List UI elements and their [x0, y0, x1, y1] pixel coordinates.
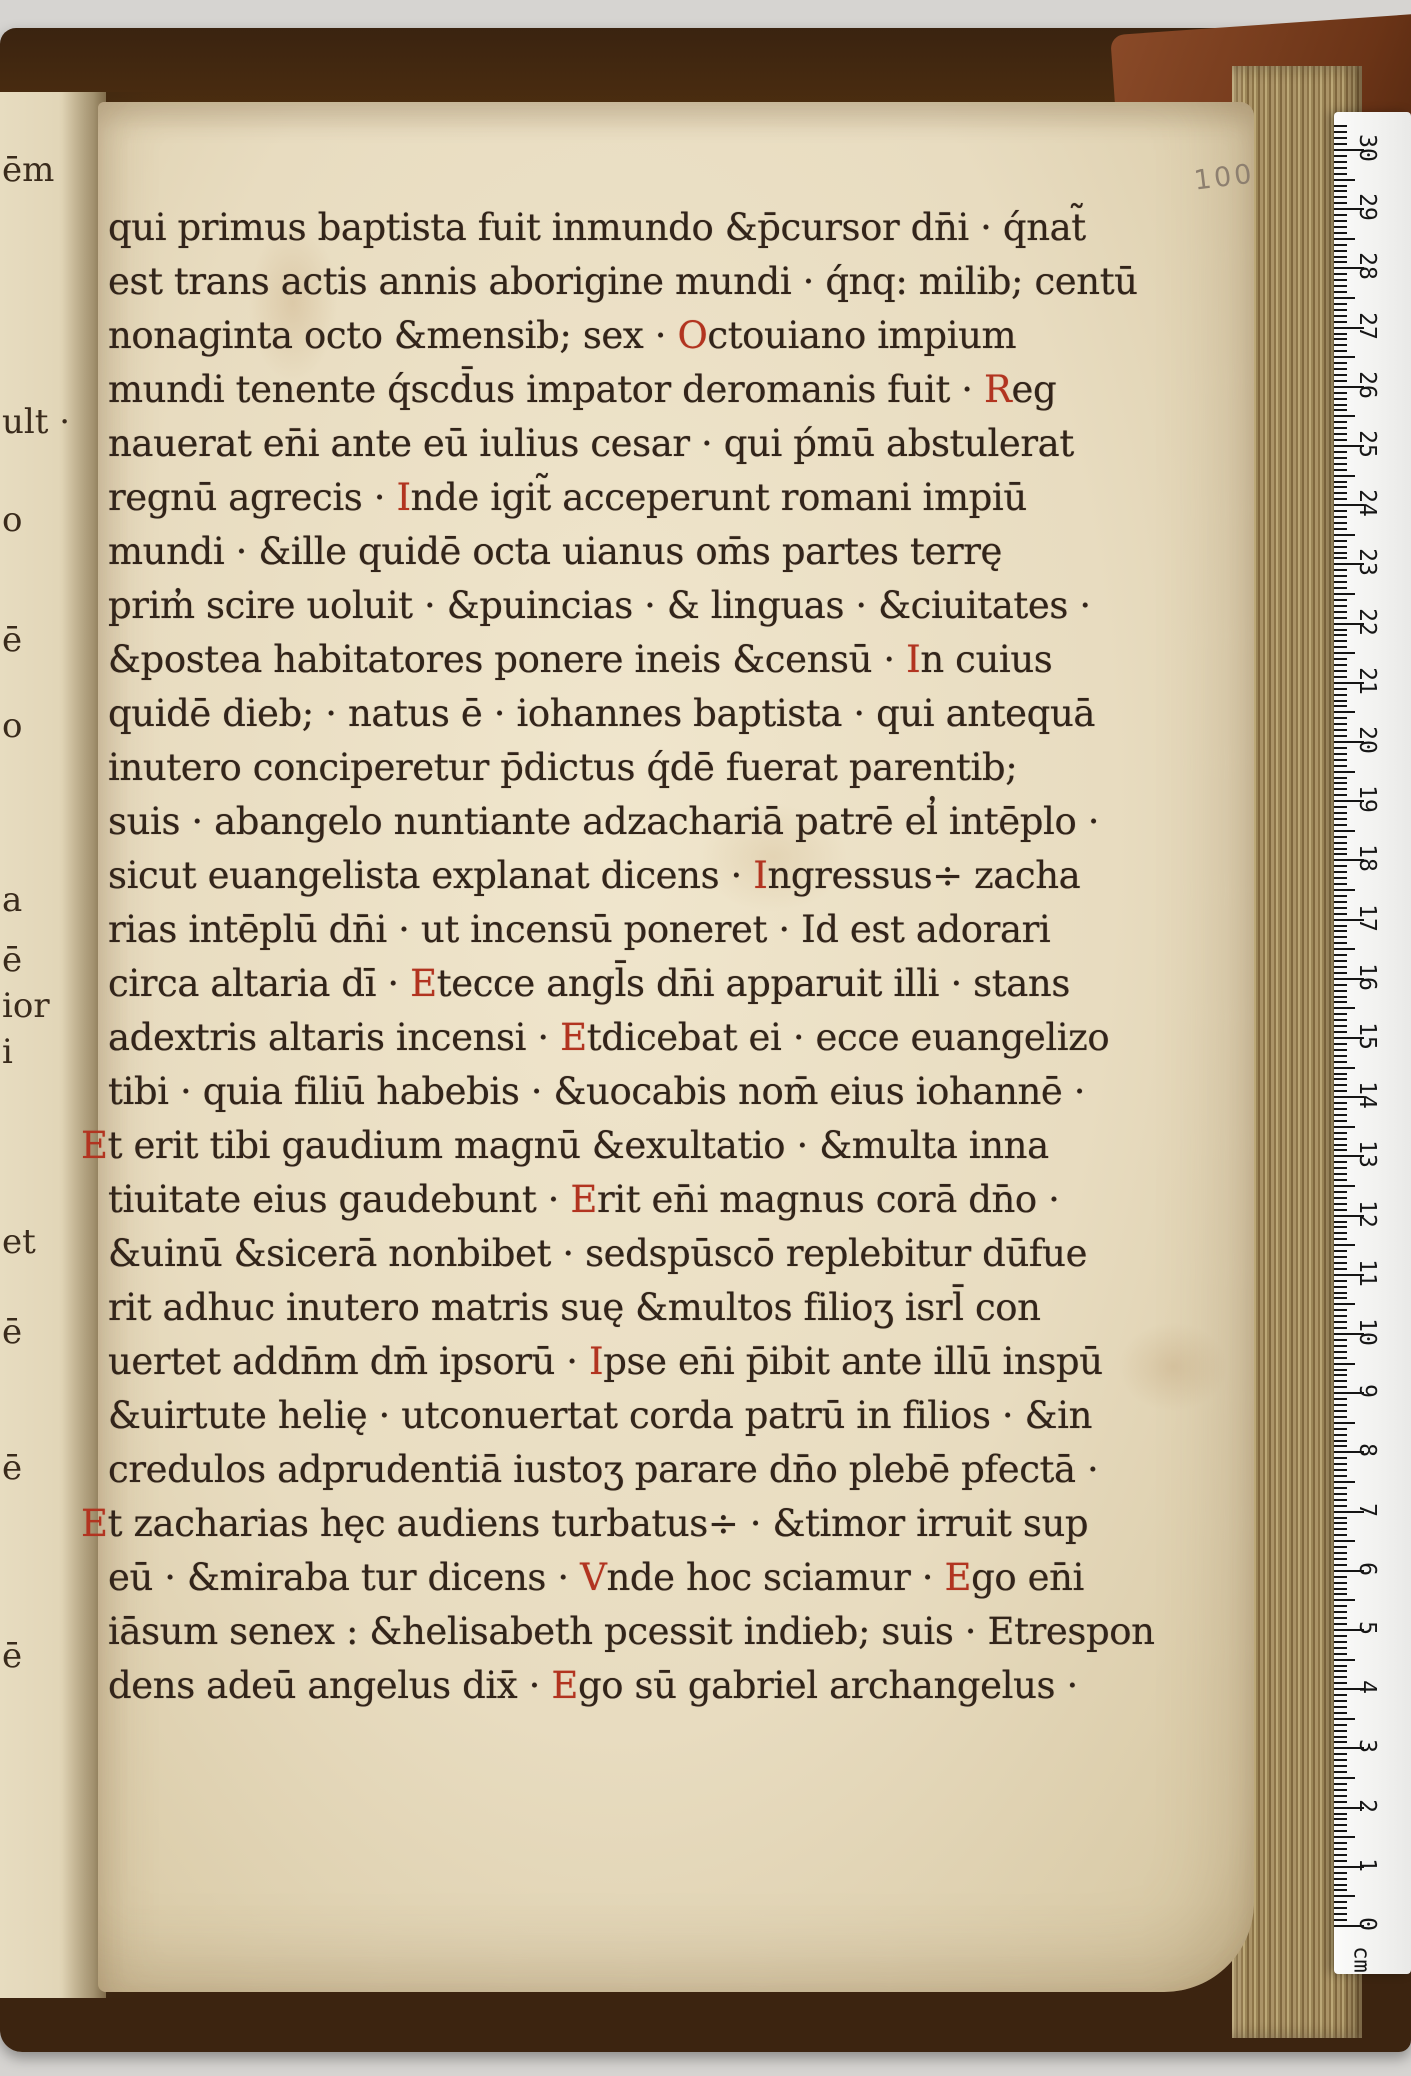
ruler-mm-tick [1334, 1144, 1347, 1146]
ruler-mm-tick [1334, 1025, 1347, 1027]
text-segment: tecce angl̄s dn̄i apparuit illi · stans [437, 962, 1070, 1005]
ruler-mm-tick [1334, 427, 1347, 429]
ruler-mm-tick [1334, 1795, 1347, 1797]
ruler-mm-tick [1334, 1889, 1347, 1891]
ruler-mm-tick [1334, 1623, 1347, 1625]
ruler-mm-tick [1334, 990, 1347, 992]
ruler-mm-tick [1334, 552, 1347, 554]
left-page-text-fragment: ior [2, 986, 50, 1026]
ruler-number: 10 [1354, 1311, 1380, 1353]
text-segment: go sū gabriel archangelus · [578, 1664, 1078, 1707]
ruler-mm-tick [1334, 611, 1347, 613]
ruler-mm-tick [1334, 457, 1347, 459]
ruler-mm-tick [1334, 1481, 1355, 1483]
ruler-mm-tick [1334, 1884, 1347, 1886]
text-segment: &uirtute helię · utconuertat corda patrū… [108, 1394, 1092, 1437]
text-segment: nde hoc sciamur · [606, 1556, 944, 1599]
ruler-mm-tick [1334, 350, 1347, 352]
ruler-mm-tick [1334, 1108, 1347, 1110]
ruler-mm-tick [1334, 1309, 1347, 1311]
ruler-mm-tick [1334, 1374, 1347, 1376]
ruler-mm-tick [1334, 605, 1347, 607]
text-segment: &uinū &sicerā nonbibet · sedspūscō reple… [108, 1232, 1087, 1275]
ruler-mm-tick [1334, 877, 1347, 879]
ruler-mm-tick [1334, 415, 1355, 417]
ruler-mm-tick [1334, 1049, 1347, 1051]
ruler-mm-tick [1334, 1771, 1347, 1773]
ruler-mm-tick [1334, 1120, 1347, 1122]
ruler-mm-tick [1334, 1593, 1347, 1595]
ruler-mm-tick [1334, 936, 1347, 938]
ruler-mm-tick [1334, 670, 1347, 672]
ruler-mm-tick [1334, 966, 1347, 968]
ruler-mm-tick [1334, 1221, 1347, 1223]
ruler-number: 30 [1354, 127, 1380, 169]
ruler-mm-tick [1334, 1067, 1355, 1069]
ruler-mm-tick [1334, 362, 1347, 364]
ruler-mm-tick [1334, 717, 1347, 719]
ruler-mm-tick [1334, 1369, 1347, 1371]
manuscript-line: quidē dieb; · natus ē · iohannes baptist… [108, 687, 1095, 741]
ruler-mm-tick [1334, 1582, 1347, 1584]
text-segment: tibi · quia filiū habebis · &uocabis nom… [108, 1070, 1085, 1113]
ruler-number: 7 [1354, 1489, 1380, 1531]
ruler-mm-tick [1334, 1617, 1347, 1619]
text-segment: ctouiano impium [707, 314, 1016, 357]
rubric-initial: E [551, 1664, 578, 1707]
ruler-mm-tick [1334, 1031, 1347, 1033]
ruler-mm-tick [1334, 1428, 1347, 1430]
ruler-mm-tick [1334, 1842, 1347, 1844]
ruler-mm-tick [1334, 492, 1347, 494]
text-segment: &postea habitatores ponere ineis &censū … [108, 638, 906, 681]
ruler-mm-tick [1334, 640, 1347, 642]
ruler-mm-tick [1334, 439, 1347, 441]
manuscript-line: mundi · &ille quidē octa uianus om̄s par… [108, 525, 1002, 579]
ruler-mm-tick [1334, 871, 1347, 873]
ruler-mm-tick [1334, 1558, 1347, 1560]
ruler-mm-tick [1334, 155, 1347, 157]
ruler-mm-tick [1334, 226, 1347, 228]
ruler-mm-tick [1334, 830, 1355, 832]
ruler-mm-tick [1334, 285, 1347, 287]
ruler-mm-tick [1334, 1552, 1347, 1554]
manuscript-line: nonaginta octo &mensib; sex · Octouiano … [108, 309, 1016, 363]
ruler-mm-tick [1334, 1262, 1347, 1264]
ruler-mm-tick [1334, 1303, 1355, 1305]
manuscript-line: uertet addn̄m dm̄ ipsorū · Ipse en̄i p̄i… [108, 1335, 1103, 1389]
ruler-mm-tick [1334, 1339, 1347, 1341]
left-page-text-fragment: o [2, 706, 22, 746]
ruler-mm-tick [1334, 1073, 1347, 1075]
text-segment: suis · abangelo nuntiante adzachariā pat… [108, 800, 1099, 843]
ruler-mm-tick [1334, 581, 1347, 583]
ruler-mm-tick [1334, 593, 1355, 595]
ruler-mm-tick [1334, 546, 1347, 548]
ruler-mm-tick [1334, 1232, 1347, 1234]
ruler-mm-tick [1334, 1043, 1347, 1045]
text-segment: eg [1011, 368, 1056, 411]
manuscript-line: mundi tenente q́scd̄us impator deromanis… [108, 363, 1056, 417]
ruler-mm-tick [1334, 1138, 1347, 1140]
ruler-mm-tick [1334, 291, 1347, 293]
ruler-mm-tick [1334, 214, 1347, 216]
manuscript-line: prim̓ scire uoluit · &puincias · & lingu… [108, 579, 1091, 633]
ruler-number: 19 [1354, 778, 1380, 820]
rubric-initial: O [677, 314, 707, 357]
ruler-mm-tick [1334, 1517, 1347, 1519]
text-segment: n cuius [920, 638, 1052, 681]
ruler-mm-tick [1334, 818, 1347, 820]
ruler-mm-tick [1334, 765, 1347, 767]
ruler-mm-tick [1334, 1540, 1355, 1542]
ruler-mm-tick [1334, 1522, 1347, 1524]
ruler-mm-tick [1334, 398, 1347, 400]
ruler-mm-tick [1334, 179, 1355, 181]
ruler-mm-tick [1334, 723, 1347, 725]
ruler-mm-tick [1334, 540, 1347, 542]
ruler-mm-tick [1334, 463, 1347, 465]
ruler-number: 20 [1354, 719, 1380, 761]
manuscript-line: rias intēplū dn̄i · ut incensū poneret ·… [108, 903, 1050, 957]
ruler-mm-tick [1334, 782, 1347, 784]
manuscript-line: &postea habitatores ponere ineis &censū … [108, 633, 1052, 687]
text-segment: tiuitate eius gaudebunt · [108, 1178, 570, 1221]
ruler-mm-tick [1334, 1280, 1347, 1282]
ruler-mm-tick [1334, 1327, 1347, 1329]
ruler-mm-tick [1334, 1185, 1355, 1187]
text-segment: t zacharias hęc audiens turbatus÷ · &tim… [108, 1502, 1089, 1545]
manuscript-line: sicut euangelista explanat dicens · Ingr… [108, 849, 1080, 903]
ruler-mm-tick [1334, 658, 1347, 660]
text-segment: rit adhuc inutero matris suę &multos fil… [108, 1286, 1041, 1329]
ruler-mm-tick [1334, 1286, 1347, 1288]
rubric-initial: R [984, 368, 1011, 411]
ruler-unit-label: cm [1349, 1939, 1374, 1981]
text-segment: dens adeū angelus dix̄ · [108, 1664, 551, 1707]
ruler-mm-tick [1334, 368, 1347, 370]
ruler-mm-tick [1334, 984, 1347, 986]
text-segment: inutero conciperetur p̄dictus q́dē fuera… [108, 746, 1017, 789]
ruler-mm-tick [1334, 972, 1347, 974]
text-segment: rit en̄i magnus corā dn̄o · [597, 1178, 1060, 1221]
ruler-mm-tick [1334, 907, 1347, 909]
ruler-number: 6 [1354, 1548, 1380, 1590]
ruler-mm-tick [1334, 1398, 1347, 1400]
ruler-number: 16 [1354, 956, 1380, 998]
ruler-mm-tick [1334, 836, 1347, 838]
ruler-mm-tick [1334, 1854, 1347, 1856]
ruler-mm-tick [1334, 794, 1347, 796]
ruler-mm-tick [1334, 1670, 1347, 1672]
ruler-mm-tick [1334, 646, 1347, 648]
ruler-mm-tick [1334, 848, 1347, 850]
ruler-mm-tick [1334, 569, 1347, 571]
ruler-mm-tick [1334, 1913, 1347, 1915]
ruler-mm-tick [1334, 1736, 1347, 1738]
ruler-mm-tick [1334, 344, 1347, 346]
ruler-mm-tick [1334, 1564, 1347, 1566]
ruler-mm-tick [1334, 516, 1347, 518]
ruler-mm-tick [1334, 1534, 1347, 1536]
ruler-mm-tick [1334, 1694, 1347, 1696]
ruler-mm-tick [1334, 913, 1347, 915]
ruler-mm-tick [1334, 1161, 1347, 1163]
ruler-mm-tick [1334, 522, 1347, 524]
ruler-number: 4 [1354, 1666, 1380, 1708]
ruler-mm-tick [1334, 954, 1347, 956]
manuscript-line: iāsum senex : &helisabeth pcessit indieb… [108, 1605, 1155, 1659]
ruler-mm-tick [1334, 634, 1347, 636]
ruler-mm-tick [1334, 1836, 1355, 1838]
ruler-mm-tick [1334, 1457, 1347, 1459]
ruler-mm-tick [1334, 1268, 1347, 1270]
ruler-mm-tick [1334, 759, 1347, 761]
rubric-initial: E [410, 962, 437, 1005]
ruler-mm-tick [1334, 812, 1347, 814]
ruler-mm-tick [1334, 498, 1347, 500]
rubric-initial: I [906, 638, 920, 681]
ruler-mm-tick [1334, 753, 1347, 755]
ruler-mm-tick [1334, 865, 1347, 867]
ruler-number: 28 [1354, 245, 1380, 287]
ruler-mm-tick [1334, 930, 1347, 932]
ruler-mm-tick [1334, 599, 1347, 601]
ruler-mm-tick [1334, 1493, 1347, 1495]
ruler-mm-tick [1334, 125, 1347, 127]
text-segment: eū · &miraba tur dicens · [108, 1556, 580, 1599]
ruler-mm-tick [1334, 901, 1347, 903]
text-segment: quidē dieb; · natus ē · iohannes baptist… [108, 692, 1095, 735]
ruler-mm-tick [1334, 220, 1347, 222]
ruler-mm-tick [1334, 528, 1347, 530]
manuscript-line: qui primus baptista fuit inmundo &p̄curs… [108, 201, 1086, 255]
left-page-text-fragment: ē [2, 1448, 22, 1488]
ruler-mm-tick [1334, 1647, 1347, 1649]
ruler-mm-tick [1334, 279, 1347, 281]
left-page-text-fragment: et [2, 1222, 36, 1262]
ruler-mm-tick [1334, 948, 1355, 950]
ruler-mm-tick [1334, 1351, 1347, 1353]
ruler-mm-tick [1334, 1706, 1347, 1708]
ruler-mm-tick [1334, 451, 1347, 453]
left-page-text-fragment: ē [2, 940, 22, 980]
ruler-mm-tick [1334, 1605, 1347, 1607]
ruler-mm-tick [1334, 1126, 1355, 1128]
ruler-mm-tick [1334, 1167, 1347, 1169]
text-segment: nde igit̃ acceperunt romani impiū [411, 476, 1027, 519]
ruler-mm-tick [1334, 196, 1347, 198]
ruler-mm-tick [1334, 842, 1347, 844]
manuscript-line: &uirtute helię · utconuertat corda patrū… [108, 1389, 1092, 1443]
ruler-mm-tick [1334, 996, 1347, 998]
ruler-mm-tick [1334, 853, 1347, 855]
ruler-mm-tick [1334, 1653, 1347, 1655]
ruler-mm-tick [1334, 1149, 1347, 1151]
ruler-mm-tick [1334, 1440, 1347, 1442]
ruler-mm-tick [1334, 433, 1347, 435]
manuscript-line: Et zacharias hęc audiens turbatus÷ · &ti… [108, 1497, 1088, 1551]
ruler-mm-tick [1334, 1665, 1347, 1667]
text-segment: sicut euangelista explanat dicens · [108, 854, 753, 897]
ruler-mm-tick [1334, 1588, 1347, 1590]
ruler-mm-tick [1334, 587, 1347, 589]
manuscript-line: tiuitate eius gaudebunt · Erit en̄i magn… [108, 1173, 1060, 1227]
rubric-initial: E [81, 1124, 108, 1167]
text-segment: nonaginta octo &mensib; sex · [108, 314, 677, 357]
ruler-number: 15 [1354, 1015, 1380, 1057]
ruler-mm-tick [1334, 1818, 1347, 1820]
ruler-mm-tick [1334, 309, 1347, 311]
ruler-mm-tick [1334, 1813, 1347, 1815]
ruler-mm-tick [1334, 167, 1347, 169]
ruler-mm-tick [1334, 1718, 1355, 1720]
ruler-mm-tick [1334, 1741, 1347, 1743]
ruler-mm-tick [1334, 273, 1347, 275]
left-page-text-fragment: a [2, 880, 22, 920]
ruler-mm-tick [1334, 392, 1347, 394]
ruler-mm-tick [1334, 1907, 1347, 1909]
ruler-mm-tick [1334, 338, 1347, 340]
text-segment: mundi tenente q́scd̄us impator deromanis… [108, 368, 984, 411]
ruler-mm-tick [1334, 1019, 1347, 1021]
manuscript-line: est trans actis annis aborigine mundi · … [108, 255, 1138, 309]
ruler-number: 3 [1354, 1725, 1380, 1767]
ruler-number: 25 [1354, 423, 1380, 465]
text-segment: circa altaria dī · [108, 962, 410, 1005]
ruler-mm-tick [1334, 380, 1347, 382]
ruler-mm-tick [1334, 824, 1347, 826]
ruler-mm-tick [1334, 1422, 1355, 1424]
ruler-mm-tick [1334, 735, 1347, 737]
ruler-mm-tick [1334, 705, 1347, 707]
ruler-mm-tick [1334, 575, 1347, 577]
ruler-mm-tick [1334, 190, 1347, 192]
ruler-mm-tick [1334, 664, 1347, 666]
ruler-number: 22 [1354, 601, 1380, 643]
ruler-mm-tick [1334, 694, 1347, 696]
ruler-mm-tick [1334, 1505, 1347, 1507]
ruler-mm-tick [1334, 1463, 1347, 1465]
ruler-mm-tick [1334, 1321, 1347, 1323]
ruler-mm-tick [1334, 1173, 1347, 1175]
ruler-mm-tick [1334, 1487, 1347, 1489]
ruler-mm-tick [1334, 481, 1347, 483]
text-segment: credulos adprudentiā iustoʒ parare dn̄o … [108, 1448, 1098, 1491]
ruler-mm-tick [1334, 777, 1347, 779]
ruler-mm-tick [1334, 1599, 1355, 1601]
ruler-mm-tick [1334, 942, 1347, 944]
ruler-number: 9 [1354, 1370, 1380, 1412]
ruler-mm-tick [1334, 557, 1347, 559]
ruler-mm-tick [1334, 1528, 1347, 1530]
ruler-mm-tick [1334, 676, 1347, 678]
manuscript-photo: ēmult ·oēoaēiorietēēē qui primus baptist… [0, 0, 1411, 2076]
ruler-mm-tick [1334, 1700, 1347, 1702]
ruler-mm-tick [1334, 1641, 1347, 1643]
ruler-mm-tick [1334, 232, 1347, 234]
text-segment: mundi · &ille quidē octa uianus om̄s par… [108, 530, 1002, 573]
rubric-initial: E [81, 1502, 108, 1545]
ruler-mm-tick [1334, 1753, 1347, 1755]
manuscript-line: dens adeū angelus dix̄ · Ego sū gabriel … [108, 1659, 1078, 1713]
ruler-mm-tick [1334, 297, 1355, 299]
ruler-mm-tick [1334, 1191, 1347, 1193]
ruler-mm-tick [1334, 652, 1355, 654]
left-page-text-fragment: ēm [2, 150, 54, 190]
ruler-mm-tick [1334, 303, 1347, 305]
ruler-mm-tick [1334, 1007, 1355, 1009]
ruler-mm-tick [1334, 1315, 1347, 1317]
ruler-mm-tick [1334, 1635, 1347, 1637]
text-segment: adextris altaris incensi · [108, 1016, 560, 1059]
ruler-mm-tick [1334, 421, 1347, 423]
ruler-mm-tick [1334, 409, 1347, 411]
ruler-mm-tick [1334, 747, 1347, 749]
ruler-mm-tick [1334, 1132, 1347, 1134]
ruler-mm-tick [1334, 534, 1355, 536]
ruler-mm-tick [1334, 1297, 1347, 1299]
ruler-mm-tick [1334, 771, 1355, 773]
ruler-mm-tick [1334, 711, 1355, 713]
ruler-mm-tick [1334, 321, 1347, 323]
ruler-mm-tick [1334, 1475, 1347, 1477]
ruler-mm-tick [1334, 1197, 1347, 1199]
text-segment: regnū agrecis · [108, 476, 396, 519]
ruler-mm-tick [1334, 1848, 1347, 1850]
ruler-mm-tick [1334, 1078, 1347, 1080]
text-block: qui primus baptista fuit inmundo &p̄curs… [108, 0, 1138, 2076]
rubric-initial: E [560, 1016, 587, 1059]
ruler-mm-tick [1334, 883, 1347, 885]
ruler-mm-tick [1334, 1114, 1347, 1116]
ruler-mm-tick [1334, 1895, 1355, 1897]
ruler-mm-tick [1334, 700, 1347, 702]
ruler-number: 8 [1354, 1429, 1380, 1471]
ruler-mm-tick [1334, 1901, 1347, 1903]
ruler-mm-tick [1334, 1860, 1347, 1862]
left-page-text-fragment: ē [2, 1312, 22, 1352]
ruler-number: 17 [1354, 897, 1380, 939]
ruler-number: 23 [1354, 541, 1380, 583]
ruler-mm-tick [1334, 1084, 1347, 1086]
manuscript-line: nauerat en̄i ante eū iulius cesar · qui … [108, 417, 1074, 471]
ruler-mm-tick [1334, 1789, 1347, 1791]
manuscript-line: regnū agrecis · Inde igit̃ acceperunt ro… [108, 471, 1027, 525]
ruler-mm-tick [1334, 1345, 1347, 1347]
ruler-mm-tick [1334, 1090, 1347, 1092]
ruler-mm-tick [1334, 404, 1347, 406]
ruler-mm-tick [1334, 1659, 1355, 1661]
ruler-mm-tick [1334, 960, 1347, 962]
ruler-mm-tick [1334, 629, 1347, 631]
left-page-text-fragment: ē [2, 1636, 22, 1676]
ruler-mm-tick [1334, 374, 1347, 376]
text-segment: nauerat en̄i ante eū iulius cesar · qui … [108, 422, 1074, 465]
cm-ruler: 3029282726252423222120191817161514131211… [1334, 112, 1411, 1974]
manuscript-line: rit adhuc inutero matris suę &multos fil… [108, 1281, 1041, 1335]
ruler-mm-tick [1334, 1001, 1347, 1003]
ruler-number: 29 [1354, 186, 1380, 228]
ruler-mm-tick [1334, 1469, 1347, 1471]
rubric-initial: I [753, 854, 767, 897]
ruler-mm-tick [1334, 1445, 1347, 1447]
ruler-mm-tick [1334, 1179, 1347, 1181]
rubric-initial: I [396, 476, 410, 519]
ruler-mm-tick [1334, 1203, 1347, 1205]
manuscript-line: Et erit tibi gaudium magnū &exultatio · … [108, 1119, 1049, 1173]
manuscript-line: tibi · quia filiū habebis · &uocabis nom… [108, 1065, 1085, 1119]
